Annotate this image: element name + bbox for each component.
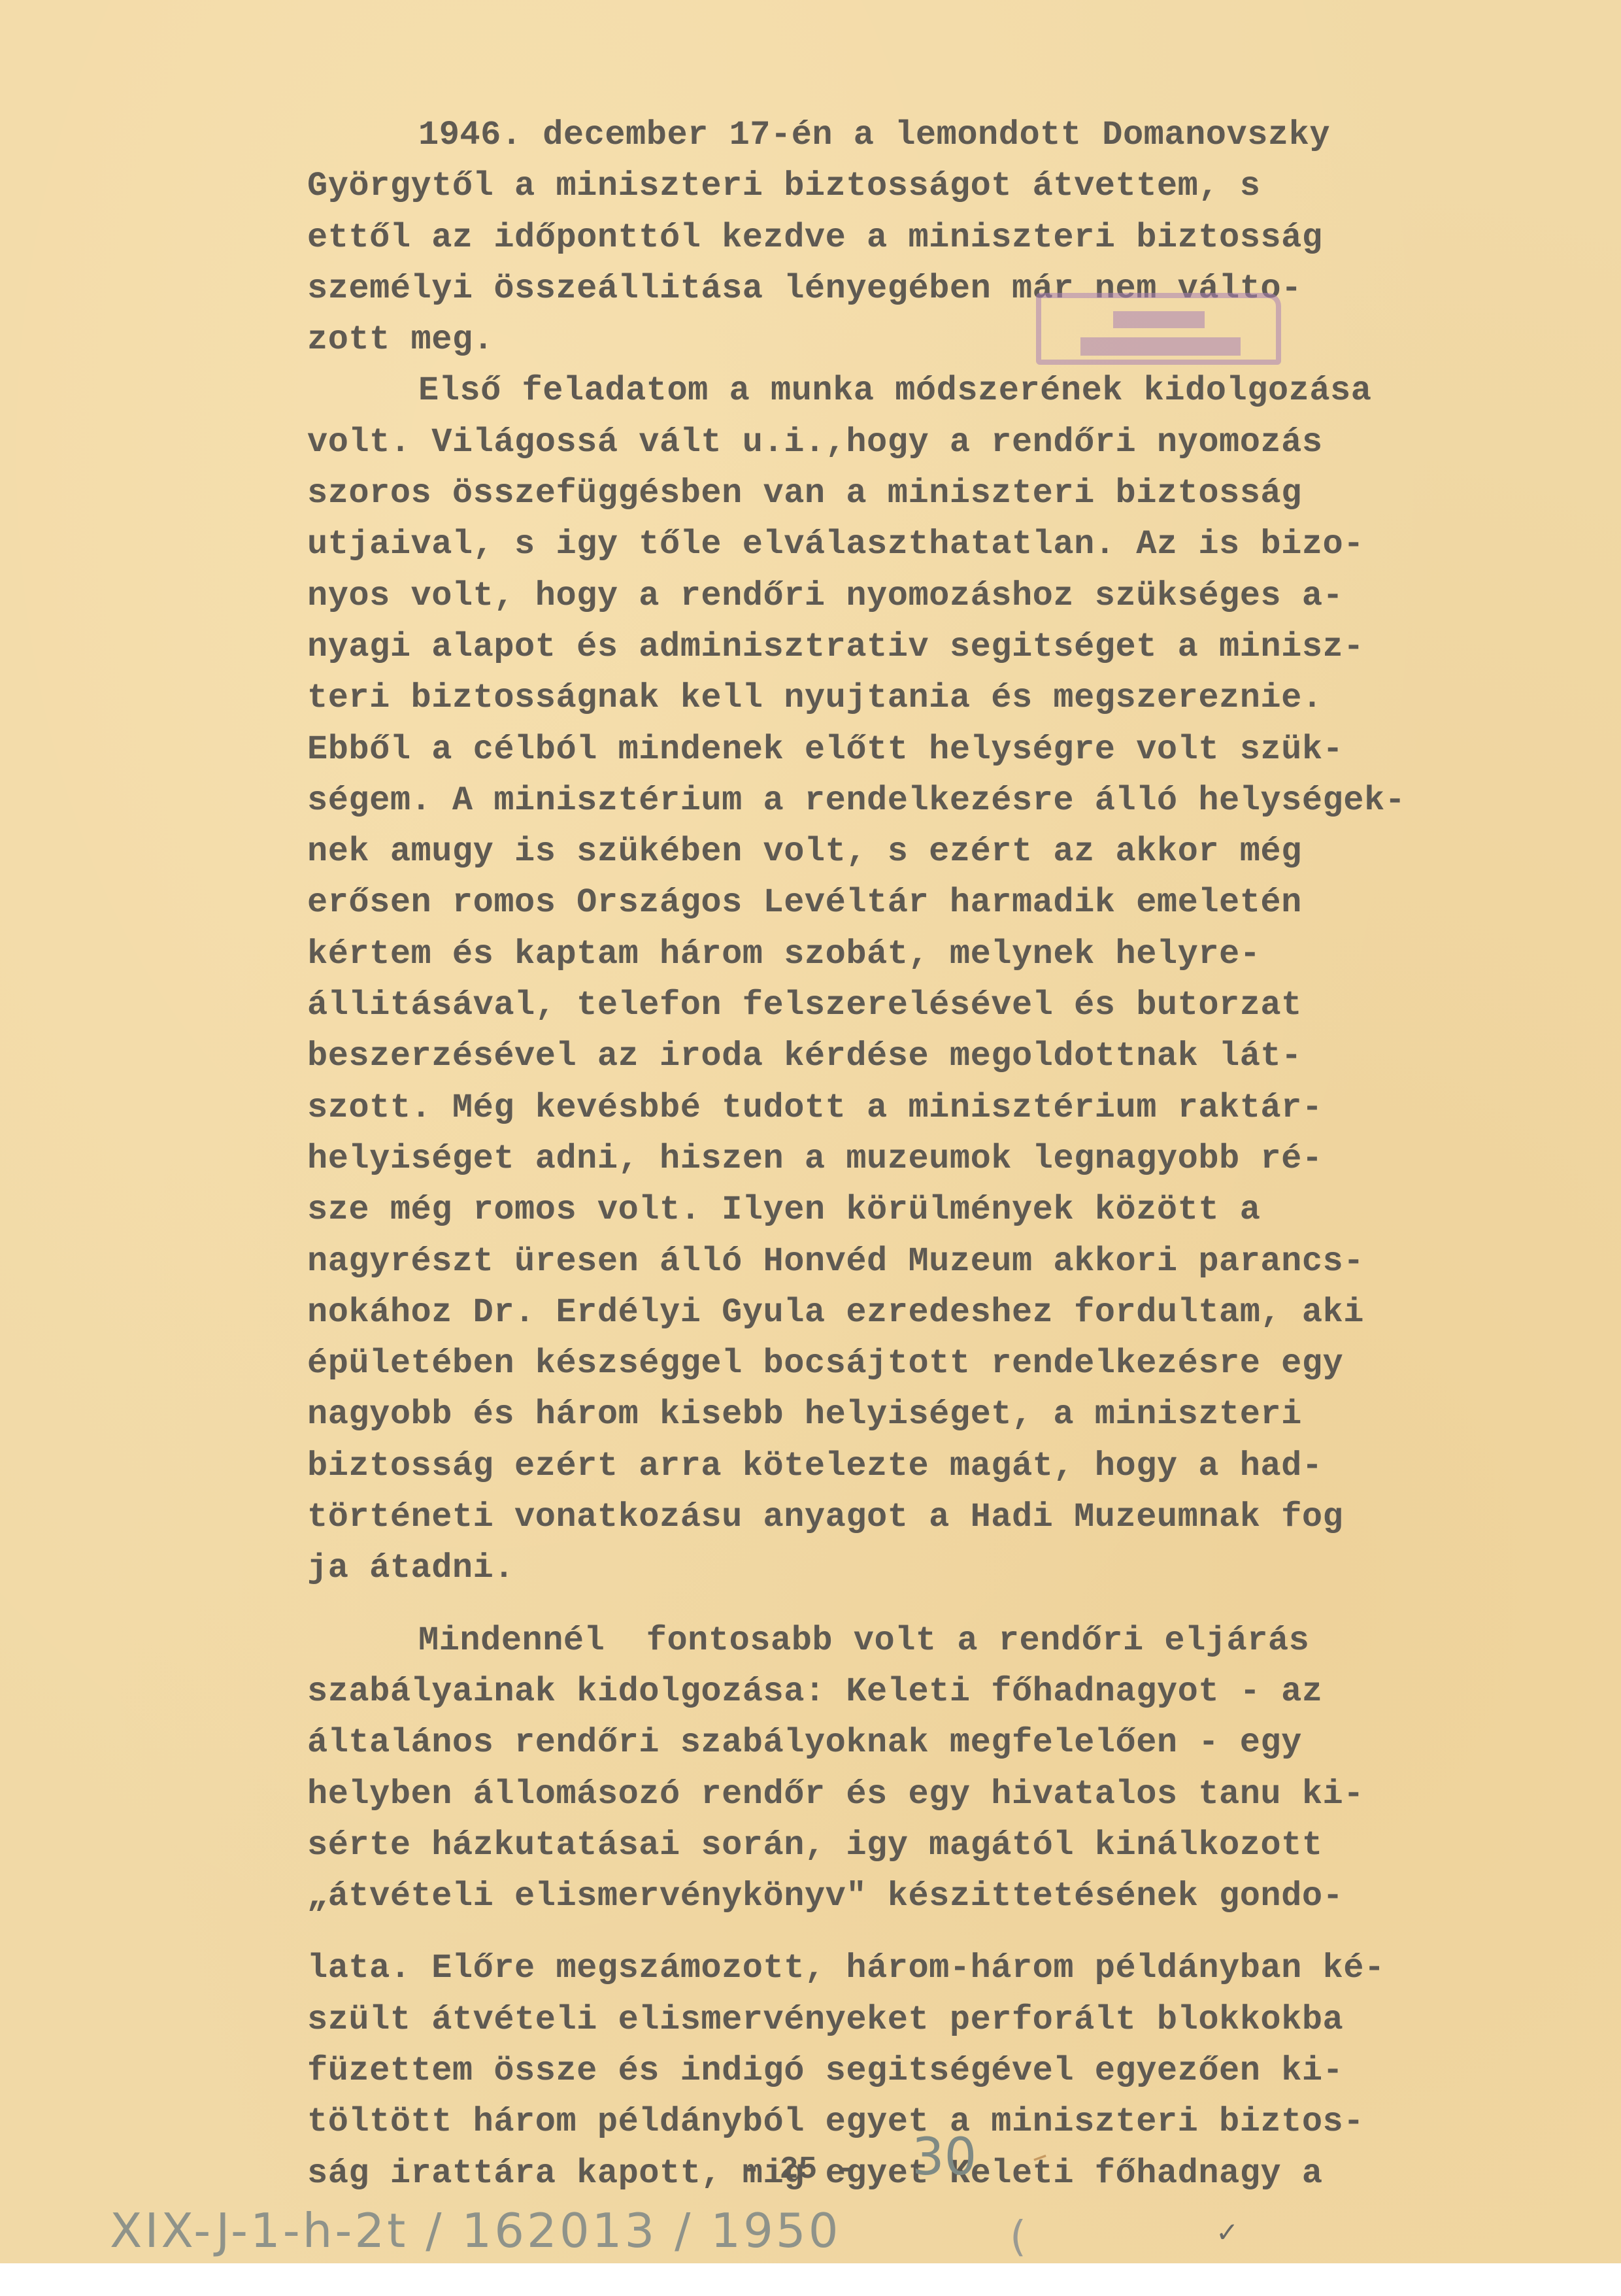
- text-line: utjaival, s igy tőle elválaszthatatlan. …: [307, 519, 1379, 570]
- text-line: „átvételi elismervénykönyv" készittetésé…: [307, 1871, 1379, 1922]
- margin-pencil-mark: (: [1010, 2213, 1026, 2261]
- text-line: teri biztosságnak kell nyujtania és megs…: [307, 673, 1379, 724]
- tick-mark-icon: ✓: [1216, 2216, 1239, 2248]
- text-line: helyiséget adni, hiszen a muzeumok legna…: [307, 1134, 1379, 1185]
- document-page: 1946. december 17-én a lemondott Domanov…: [0, 0, 1621, 2263]
- stamp-text-line-1: [1113, 311, 1205, 328]
- text-line: helyben állomásozó rendőr és egy hivatal…: [307, 1769, 1379, 1820]
- page-number: - 25 -: [742, 2152, 855, 2187]
- text-line: Györgytől a miniszteri biztosságot átvet…: [307, 161, 1379, 212]
- text-line: nek amugy is szükében volt, s ezért az a…: [307, 826, 1379, 877]
- text-line: szabályainak kidolgozása: Keleti főhadna…: [307, 1666, 1379, 1717]
- text-line: Mindennél fontosabb volt a rendőri eljár…: [307, 1615, 1379, 1666]
- text-line: erősen romos Országos Levéltár harmadik …: [307, 877, 1379, 928]
- text-line: kértem és kaptam három szobát, melynek h…: [307, 929, 1379, 980]
- text-line: lata. Előre megszámozott, három-három pé…: [307, 1943, 1379, 1994]
- text-line: nyos volt, hogy a rendőri nyomozáshoz sz…: [307, 571, 1379, 622]
- text-line: épületében készséggel bocsájtott rendelk…: [307, 1338, 1379, 1389]
- text-line: füzettem össze és indigó segitségével eg…: [307, 2046, 1379, 2097]
- text-line: szott. Még kevésbbé tudott a minisztériu…: [307, 1083, 1379, 1134]
- text-line: szült átvételi elismervényeket perforált…: [307, 1995, 1379, 2046]
- text-line: nagyrészt üresen álló Honvéd Muzeum akko…: [307, 1236, 1379, 1287]
- typewritten-body: 1946. december 17-én a lemondott Domanov…: [307, 110, 1379, 2199]
- text-line: nokához Dr. Erdélyi Gyula ezredeshez for…: [307, 1287, 1379, 1338]
- text-line: Ebből a célból mindenek előtt helységre …: [307, 724, 1379, 775]
- text-line: szoros összefüggésben van a miniszteri b…: [307, 468, 1379, 519]
- text-line: általános rendőri szabályoknak megfelelő…: [307, 1717, 1379, 1768]
- stamp-text-line-2: [1080, 337, 1241, 356]
- text-line: sze még romos volt. Ilyen körülmények kö…: [307, 1185, 1379, 1236]
- text-line: 1946. december 17-én a lemondott Domanov…: [307, 110, 1379, 161]
- text-line: nyagi alapot és adminisztrativ segitsége…: [307, 622, 1379, 673]
- text-line: ja átadni.: [307, 1543, 1379, 1594]
- text-line: beszerzésével az iroda kérdése megoldott…: [307, 1031, 1379, 1082]
- text-line: ettől az időponttól kezdve a miniszteri …: [307, 212, 1379, 263]
- text-line: sérte házkutatásai során, igy magától ki…: [307, 1820, 1379, 1871]
- text-line: Első feladatom a munka módszerének kidol…: [307, 365, 1379, 416]
- text-line: volt. Világossá vált u.i.,hogy a rendőri…: [307, 417, 1379, 468]
- text-line: nagyobb és három kisebb helyiséget, a mi…: [307, 1389, 1379, 1440]
- text-line: ségem. A minisztérium a rendelkezésre ál…: [307, 775, 1379, 826]
- text-line: biztosság ezért arra kötelezte magát, ho…: [307, 1441, 1379, 1492]
- handwritten-folio-number: 30: [912, 2128, 977, 2187]
- text-line: töltött három példányból egyet a miniszt…: [307, 2097, 1379, 2148]
- archive-stamp: [1036, 293, 1281, 365]
- archive-reference-handwritten: XIX-J-1-h-2t / 162013 / 1950: [110, 2203, 841, 2258]
- text-line: állitásával, telefon felszerelésével és …: [307, 980, 1379, 1031]
- text-line: történeti vonatkozásu anyagot a Hadi Muz…: [307, 1492, 1379, 1543]
